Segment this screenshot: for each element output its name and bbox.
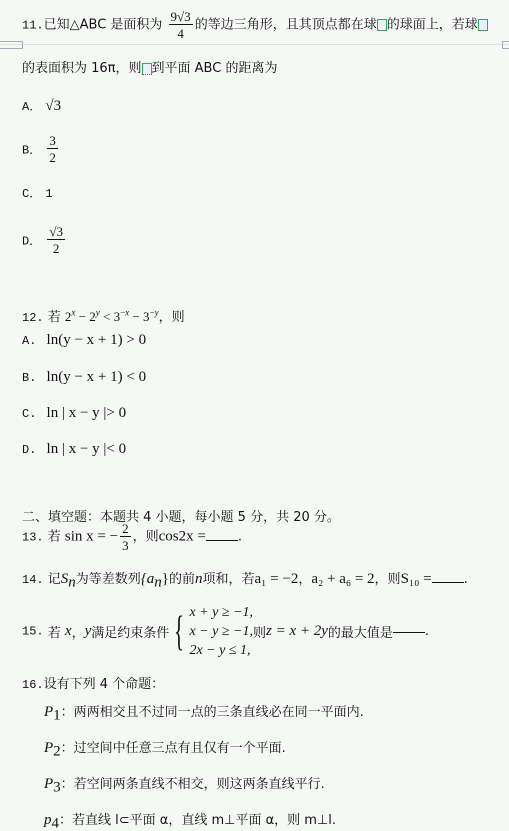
proposition-p4: p4：若直线 l⊂平面 α，直线 m⊥平面 α，则 m⊥l. xyxy=(44,809,336,831)
option-value: ln | x − y |< 0 xyxy=(47,441,127,457)
constraint: x + y ≥ −1, xyxy=(189,603,253,622)
question-text: 设有下列 4 个命题： xyxy=(44,677,165,692)
question-16-title: 16.设有下列 4 个命题： xyxy=(22,673,164,692)
subscript: 4 xyxy=(52,816,60,831)
option-value: √3 xyxy=(45,98,61,114)
math-expression: cos2x = xyxy=(159,529,206,545)
question-number: 14. xyxy=(22,573,44,587)
question-text: ，则 xyxy=(133,530,159,545)
punctuation: . xyxy=(238,530,242,545)
value-fraction: 23 xyxy=(120,522,131,552)
question-text: 的球面上，若球 xyxy=(387,18,478,33)
subscript: 1 xyxy=(53,708,61,724)
question-13: 13. 若 sin x = −23，则cos2x =. xyxy=(22,522,242,552)
question-number: 15. xyxy=(22,625,44,639)
option-label: D． xyxy=(22,235,41,249)
option-label: C． xyxy=(22,187,41,201)
math-symbol: x xyxy=(65,623,72,639)
question-number: 13. xyxy=(22,531,44,545)
question-text: 满足约束条件 xyxy=(91,626,169,641)
area-fraction: 9√34 xyxy=(169,10,193,40)
subscript: n xyxy=(154,575,162,591)
option-11-d[interactable]: D． √32 xyxy=(22,225,67,255)
option-value: 1 xyxy=(45,187,52,201)
subscript: 2 xyxy=(53,744,61,760)
proposition-label: P xyxy=(44,704,53,720)
subscript: 3 xyxy=(53,780,61,796)
proposition-text: ：若直线 l⊂平面 α，直线 m⊥平面 α，则 m⊥l. xyxy=(59,813,336,828)
proposition-p2: P2：过空间中任意三点有且仅有一个平面. xyxy=(44,737,286,761)
question-number: 12. xyxy=(22,311,44,325)
math-symbol: {a xyxy=(141,571,155,587)
left-brace-icon: { xyxy=(174,611,184,653)
option-fraction: √32 xyxy=(47,225,65,255)
option-label: B. xyxy=(22,371,36,385)
question-text: 的前 xyxy=(169,572,195,587)
option-label: B． xyxy=(22,144,41,158)
question-text: 若 xyxy=(48,310,61,325)
proposition-text: ：过空间中任意三点有且仅有一个平面. xyxy=(61,741,286,756)
numerator: 3 xyxy=(47,134,58,149)
proposition-label: P xyxy=(44,740,53,756)
option-label: A． xyxy=(22,100,41,114)
question-text: ，则 xyxy=(159,310,185,325)
punctuation: . xyxy=(464,572,468,587)
question-text: 的最大值是 xyxy=(328,626,393,641)
proposition-text: ：两两相交且不过同一点的三条直线必在同一平面内. xyxy=(61,705,364,720)
constraint: x − y ≥ −1, xyxy=(189,622,253,641)
question-11-line1: 11.已知△ABC 是面积为 9√34的等边三角形，且其顶点都在球的球面上，若球 xyxy=(22,10,488,40)
proposition-label: p xyxy=(44,812,52,828)
punctuation: . xyxy=(425,624,429,639)
missing-glyph-icon xyxy=(478,19,488,31)
question-11-line2: 的表面积为 16π，则到平面 ABC 的距离为 xyxy=(22,57,277,76)
proposition-p1: P1：两两相交且不过同一点的三条直线必在同一平面内. xyxy=(44,701,364,725)
math-expression: S₁₀ = xyxy=(401,571,432,587)
question-12: 12. 若 2x − 2y < 3−x − 3−y，则 xyxy=(22,306,185,325)
denominator: 3 xyxy=(120,537,131,552)
math-symbol: n xyxy=(195,571,203,587)
answer-blank[interactable] xyxy=(432,581,464,583)
question-text: 为等差数列 xyxy=(76,572,141,587)
condition-expression: 2x − 2y < 3−x − 3−y xyxy=(65,309,159,324)
punctuation: ， xyxy=(298,572,311,587)
math-expression: z = x + 2y xyxy=(266,623,328,639)
answer-blank[interactable] xyxy=(393,631,425,633)
option-value: ln(y − x + 1) < 0 xyxy=(47,369,147,385)
page-break-line xyxy=(0,44,509,45)
question-text: 则 xyxy=(253,626,266,641)
option-11-a[interactable]: A． √3 xyxy=(22,97,61,115)
question-number: 11. xyxy=(22,19,44,33)
math-expression: a₁ = −2 xyxy=(255,571,299,587)
missing-glyph-icon xyxy=(142,63,152,75)
punctuation: ， xyxy=(72,626,85,641)
question-text: 已知△ABC 是面积为 xyxy=(44,18,163,33)
option-label: A. xyxy=(22,334,36,348)
option-12-d[interactable]: D. ln | x − y |< 0 xyxy=(22,441,126,458)
math-symbol: } xyxy=(162,571,169,587)
option-12-a[interactable]: A. ln(y − x + 1) > 0 xyxy=(22,332,146,349)
proposition-text: ：若空间两条直线不相交，则这两条直线平行. xyxy=(61,777,325,792)
question-14: 14. 记Sn为等差数列{an}的前n项和，若a₁ = −2，a₂ + a₆ =… xyxy=(22,568,468,592)
page-margin-marker-right xyxy=(502,41,509,49)
proposition-label: P xyxy=(44,776,53,792)
constraint-system: x + y ≥ −1,x − y ≥ −1,2x − y ≤ 1, xyxy=(189,603,253,660)
option-label: C. xyxy=(22,407,36,421)
numerator: √3 xyxy=(47,225,65,240)
question-text: 若 xyxy=(48,530,61,545)
constraint: 2x − y ≤ 1, xyxy=(189,641,253,660)
denominator: 4 xyxy=(169,25,193,40)
option-label: D. xyxy=(22,443,36,457)
math-expression: a₂ + a₆ = 2 xyxy=(311,571,374,587)
page-margin-marker-left xyxy=(0,41,23,49)
question-number: 16. xyxy=(22,678,44,692)
question-text: 项和，若 xyxy=(203,572,255,587)
option-12-b[interactable]: B. ln(y − x + 1) < 0 xyxy=(22,369,146,386)
answer-blank[interactable] xyxy=(206,539,238,541)
option-11-b[interactable]: B． 32 xyxy=(22,134,60,164)
denominator: 2 xyxy=(47,149,58,164)
subscript: n xyxy=(68,575,76,591)
option-value: ln(y − x + 1) > 0 xyxy=(47,332,147,348)
question-text: 到平面 ABC 的距离为 xyxy=(152,61,278,76)
numerator: 9√3 xyxy=(169,10,193,25)
question-text: 记 xyxy=(48,572,61,587)
question-text: 的等边三角形，且其顶点都在球 xyxy=(195,18,377,33)
denominator: 2 xyxy=(47,240,65,255)
question-15: 15. 若 x，y满足约束条件{x + y ≥ −1,x − y ≥ −1,2x… xyxy=(22,603,429,660)
option-value: ln | x − y |> 0 xyxy=(47,405,127,421)
question-text: 若 xyxy=(48,626,61,641)
missing-glyph-icon xyxy=(377,19,387,31)
option-12-c[interactable]: C. ln | x − y |> 0 xyxy=(22,405,126,422)
math-expression: sin x = − xyxy=(65,529,118,545)
numerator: 2 xyxy=(120,522,131,537)
option-11-c[interactable]: C． 1 xyxy=(22,184,53,201)
proposition-p3: P3：若空间两条直线不相交，则这两条直线平行. xyxy=(44,773,325,797)
question-text: 的表面积为 16π，则 xyxy=(22,61,142,76)
question-text: ，则 xyxy=(375,572,401,587)
option-fraction: 32 xyxy=(47,134,58,164)
